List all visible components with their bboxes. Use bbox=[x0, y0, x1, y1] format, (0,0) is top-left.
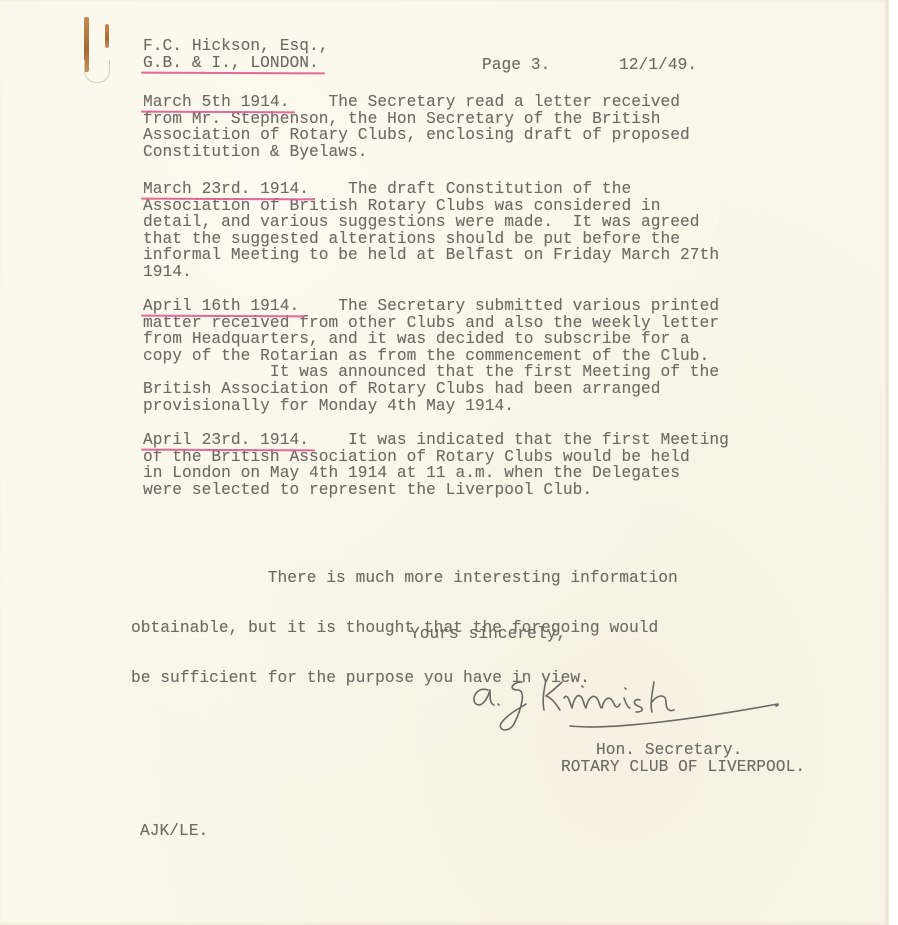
entry-text: The Secretary submitted various printed bbox=[338, 297, 719, 315]
minutes-entry: April 23rd. 1914. It was indicated that … bbox=[143, 432, 729, 498]
spacer bbox=[299, 297, 338, 315]
closing-line: There is much more interesting informati… bbox=[131, 570, 678, 587]
entry-line: Constitution & Byelaws. bbox=[143, 144, 690, 161]
signatory-title: Hon. Secretary. bbox=[596, 742, 742, 759]
closing-line: obtainable, but it is thought that the f… bbox=[131, 620, 678, 637]
reference-initials: AJK/LE. bbox=[140, 823, 208, 840]
entry-text: The draft Constitution of the bbox=[348, 180, 631, 198]
entry-line: in London on May 4th 1914 at 11 a.m. whe… bbox=[143, 465, 729, 482]
entry-text: It was indicated that the first Meeting bbox=[348, 431, 729, 449]
entry-line: informal Meeting to be held at Belfast o… bbox=[143, 247, 719, 264]
entry-line: from Mr. Stephenson, the Hon Secretary o… bbox=[143, 111, 690, 128]
entry-line: matter received from other Clubs and als… bbox=[143, 315, 719, 332]
entry-line: provisionally for Monday 4th May 1914. bbox=[143, 398, 719, 415]
recipient-address-text: G.B. & I., LONDON. bbox=[143, 55, 319, 72]
entry-line: of the British Association of Rotary Clu… bbox=[143, 449, 729, 466]
spacer bbox=[289, 93, 328, 111]
entry-line: British Association of Rotary Clubs had … bbox=[143, 381, 719, 398]
minutes-entry: March 23rd. 1914. The draft Constitution… bbox=[143, 181, 719, 281]
entry-line: detail, and various suggestions were mad… bbox=[143, 214, 719, 231]
entry-date: April 23rd. 1914. bbox=[143, 432, 309, 449]
entry-date: March 5th 1914. bbox=[143, 94, 289, 111]
staple-hole-icon bbox=[84, 60, 110, 83]
recipient-name: F.C. Hickson, Esq., bbox=[143, 38, 329, 55]
entry-line: copy of the Rotarian as from the commenc… bbox=[143, 348, 719, 365]
entry-date: April 16th 1914. bbox=[143, 298, 299, 315]
page-number: Page 3. bbox=[482, 57, 550, 74]
entry-line: It was announced that the first Meeting … bbox=[143, 364, 719, 381]
entry-line: 1914. bbox=[143, 264, 719, 281]
entry-text: The Secretary read a letter received bbox=[329, 93, 681, 111]
entry-date: March 23rd. 1914. bbox=[143, 181, 309, 198]
minutes-entry: April 16th 1914. The Secretary submitted… bbox=[143, 298, 719, 414]
entry-first-line: March 23rd. 1914. The draft Constitution… bbox=[143, 181, 719, 198]
entry-line: Association of British Rotary Clubs was … bbox=[143, 198, 719, 215]
entry-line: that the suggested alterations should be… bbox=[143, 231, 719, 248]
entry-first-line: April 23rd. 1914. It was indicated that … bbox=[143, 432, 729, 449]
page-edge bbox=[886, 0, 889, 925]
recipient-address: G.B. & I., LONDON. bbox=[143, 55, 319, 72]
staple-rust-mark bbox=[105, 24, 109, 48]
entry-line: from Headquarters, and it was decided to… bbox=[143, 331, 719, 348]
letter-date: 12/1/49. bbox=[619, 57, 697, 74]
handwritten-signature bbox=[460, 668, 800, 738]
entry-first-line: March 5th 1914. The Secretary read a let… bbox=[143, 94, 690, 111]
entry-line: were selected to represent the Liverpool… bbox=[143, 482, 729, 499]
letter-page: F.C. Hickson, Esq., G.B. & I., LONDON. P… bbox=[0, 0, 889, 925]
minutes-entry: March 5th 1914. The Secretary read a let… bbox=[143, 94, 690, 160]
spacer bbox=[309, 180, 348, 198]
entry-line: Association of Rotary Clubs, enclosing d… bbox=[143, 127, 690, 144]
organization-name: ROTARY CLUB OF LIVERPOOL. bbox=[561, 759, 805, 776]
valediction: Yours sincerely, bbox=[410, 626, 566, 643]
spacer bbox=[309, 431, 348, 449]
entry-first-line: April 16th 1914. The Secretary submitted… bbox=[143, 298, 719, 315]
